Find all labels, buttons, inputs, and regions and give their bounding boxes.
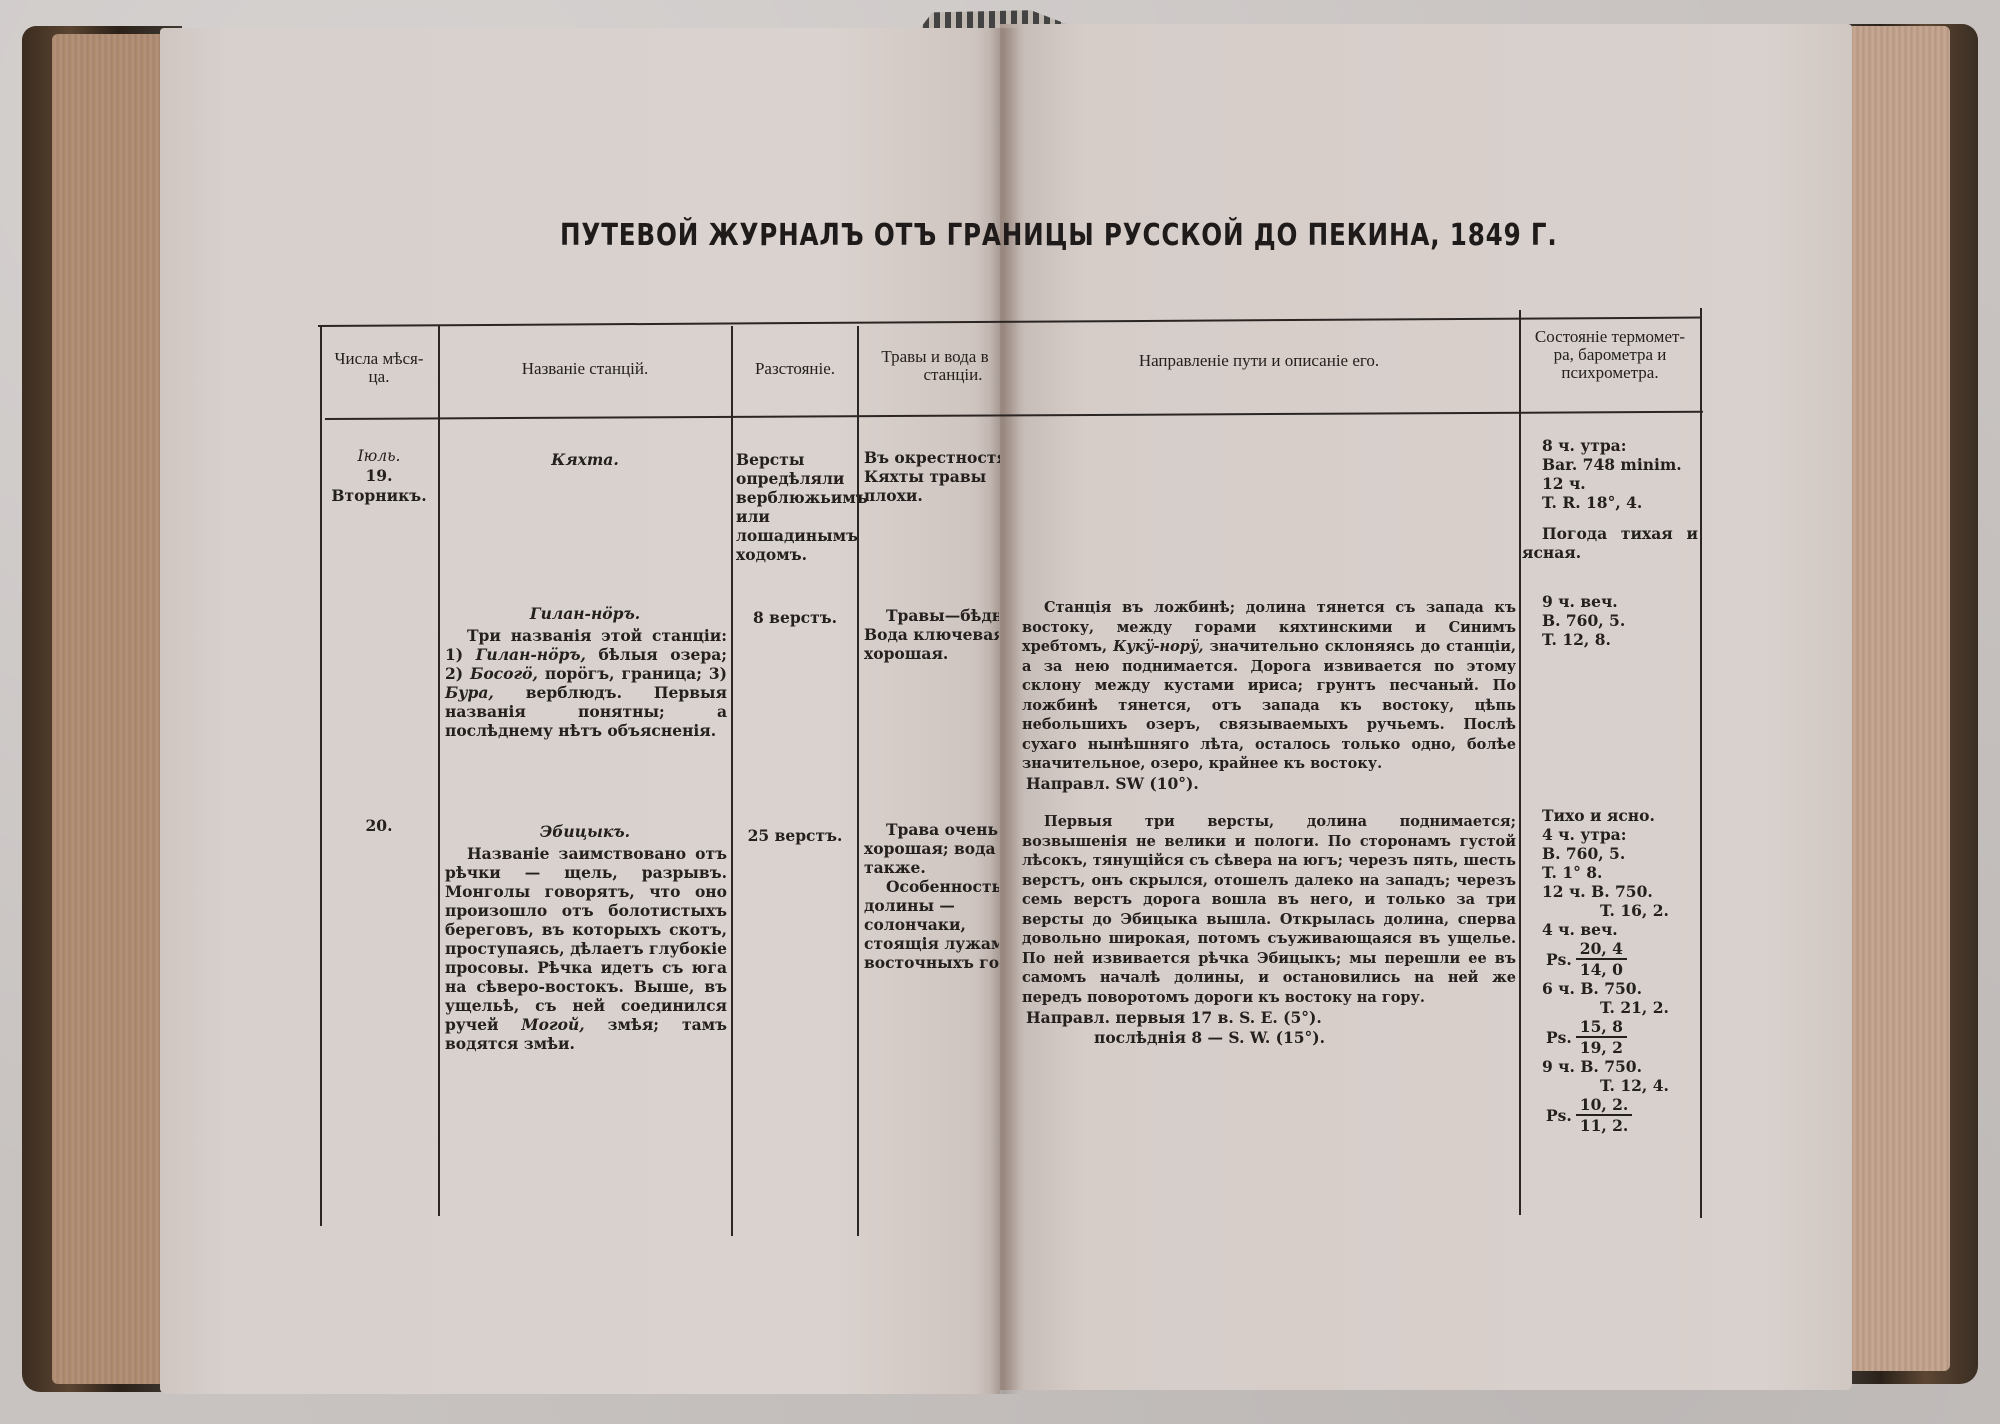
row3-psychrometer-2: Ps. 15, 819, 2 — [1524, 1017, 1698, 1057]
ps2-label: Ps. — [1546, 1028, 1572, 1047]
header-weather-line-1: Состояніе термомет- — [1535, 327, 1685, 346]
ps1-fraction: 20, 414, 0 — [1576, 939, 1627, 979]
row1-weather: 8 ч. утра: Bar. 748 minim. 12 ч. T. R. 1… — [1520, 436, 1698, 562]
row3-weather-l3: B. 760, 5. — [1520, 844, 1698, 863]
col-divider-3 — [857, 326, 859, 1236]
row3-route-direction-2: послѣднія 8 — S. W. (15°). — [1094, 1028, 1494, 1047]
row1-day: 19. — [366, 466, 393, 485]
row3-psychrometer-3: Ps. 10, 2.11, 2. — [1524, 1095, 1698, 1135]
ps3-fraction: 10, 2.11, 2. — [1576, 1095, 1633, 1135]
row2-distance: 8 верстъ. — [733, 608, 857, 627]
header-date: Числа мѣся- ца. — [322, 350, 436, 386]
row1-weather-l5: Погода тихая и ясная. — [1520, 524, 1698, 562]
row2-station-name: Гилан-нӧръ. — [440, 604, 730, 623]
header-weather: Состояніе термомет- ра, барометра и псих… — [1521, 328, 1699, 382]
row2-route-direction: Направл. SW (10°). — [1026, 774, 1326, 793]
col-divider-2 — [731, 326, 733, 1236]
header-date-line-2: ца. — [369, 367, 390, 386]
header-route: Направленіе пути и описаніе его. — [1000, 352, 1518, 370]
row2-note-ital-2: Босогӧ, — [470, 664, 538, 683]
row3-weather-l9: T. 21, 2. — [1520, 998, 1698, 1017]
row3-weather: Тихо и ясно. 4 ч. утра: B. 760, 5. T. 1°… — [1520, 806, 1698, 1135]
ps1-denominator: 14, 0 — [1576, 960, 1627, 979]
row1-distance: Версты опредѣляли верблюжьимъ или лошади… — [736, 450, 854, 564]
ps3-denominator: 11, 2. — [1576, 1116, 1633, 1135]
row3-distance: 25 верстъ. — [733, 826, 857, 845]
row2-route-text-2: значительно склоняясь до станціи, а за н… — [1022, 638, 1516, 772]
row2-weather-l2: B. 760, 5. — [1520, 611, 1698, 630]
header-grass-line-1: Травы и вода в — [881, 348, 988, 366]
row1-month: Іюль. — [357, 447, 400, 465]
header-weather-line-2: ра, барометра и — [1554, 345, 1667, 364]
header-station: Названіе станцій. — [440, 360, 730, 378]
row2-note-ital-3: Бура, — [445, 683, 494, 702]
ps2-denominator: 19, 2 — [1576, 1038, 1627, 1057]
page-title: ПУТЕВОЙ ЖУРНАЛЪ ОТЪ ГРАНИЦЫ РУССКОЙ ДО П… — [560, 218, 1331, 253]
row2-note-ital-1: Гилан-нӧръ, — [476, 645, 586, 664]
row2-route: Станція въ ложбинѣ; долина тянется съ за… — [1022, 598, 1516, 774]
row3-weather-l8: 6 ч. B. 750. — [1520, 979, 1698, 998]
row3-weather-l4: T. 1° 8. — [1520, 863, 1698, 882]
row2-route-ital-1: Кукӱ-норӱ, — [1113, 638, 1203, 655]
row3-weather-l6: T. 16, 2. — [1520, 901, 1698, 920]
row3-weather-l11: T. 12, 4. — [1520, 1076, 1698, 1095]
row3-weather-l5: 12 ч. B. 750. — [1520, 882, 1698, 901]
ps2-fraction: 15, 819, 2 — [1576, 1017, 1627, 1057]
row3-station-name: Эбицыкъ. — [440, 822, 730, 841]
table-right-rule — [1700, 308, 1702, 1218]
row1-weekday: Вторникъ. — [331, 486, 426, 505]
row3-weather-l10: 9 ч. B. 750. — [1520, 1057, 1698, 1076]
row3-weather-l7: 4 ч. веч. — [1520, 920, 1698, 939]
page-edges-right — [1840, 26, 1950, 1371]
ps3-label: Ps. — [1546, 1106, 1572, 1125]
row3-date: 20. — [322, 816, 436, 835]
row3-note-text-1: Названіе заимствовано отъ рѣчки — щель, … — [445, 844, 727, 1034]
row3-route: Первыя три версты, долина поднимается; в… — [1022, 812, 1516, 1007]
row3-psychrometer-1: Ps. 20, 414, 0 — [1524, 939, 1698, 979]
ps3-numerator: 10, 2. — [1576, 1095, 1633, 1116]
header-grass-line-2: станціи. — [888, 365, 983, 384]
row2-weather: 9 ч. веч. B. 760, 5. T. 12, 8. — [1520, 592, 1698, 649]
ps1-numerator: 20, 4 — [1576, 939, 1627, 960]
row2-station-note: Три названія этой станціи: 1) Гилан-нӧръ… — [445, 626, 727, 740]
header-weather-line-3: психрометра. — [1561, 363, 1658, 382]
header-distance: Разстояніе. — [733, 360, 857, 378]
row1-weather-l1: 8 ч. утра: — [1520, 436, 1698, 455]
row1-date: Іюль. 19. Вторникъ. — [322, 447, 436, 506]
row2-note-text-3: порӧгъ, граница; 3) — [538, 664, 727, 683]
ps1-label: Ps. — [1546, 950, 1572, 969]
row1-weather-l2: Bar. 748 minim. — [1520, 455, 1698, 474]
row3-weather-l1: Тихо и ясно. — [1520, 806, 1698, 825]
row3-note-ital-1: Могой, — [521, 1015, 584, 1034]
row2-weather-l1: 9 ч. веч. — [1520, 592, 1698, 611]
row1-weather-l3: 12 ч. — [1520, 474, 1698, 493]
ps2-numerator: 15, 8 — [1576, 1017, 1627, 1038]
header-date-line-1: Числа мѣся- — [335, 349, 424, 368]
header-grass-water: Травы и вода в станціи. — [860, 348, 1010, 384]
row3-weather-l2: 4 ч. утра: — [1520, 825, 1698, 844]
row2-weather-l3: T. 12, 8. — [1520, 630, 1698, 649]
row1-station-name: Кяхта. — [440, 450, 730, 469]
row3-route-direction-1: Направл. первыя 17 в. S. E. (5°). — [1026, 1008, 1426, 1027]
row1-weather-l4: T. R. 18°, 4. — [1520, 493, 1698, 512]
row3-station-note: Названіе заимствовано отъ рѣчки — щель, … — [445, 844, 727, 1053]
